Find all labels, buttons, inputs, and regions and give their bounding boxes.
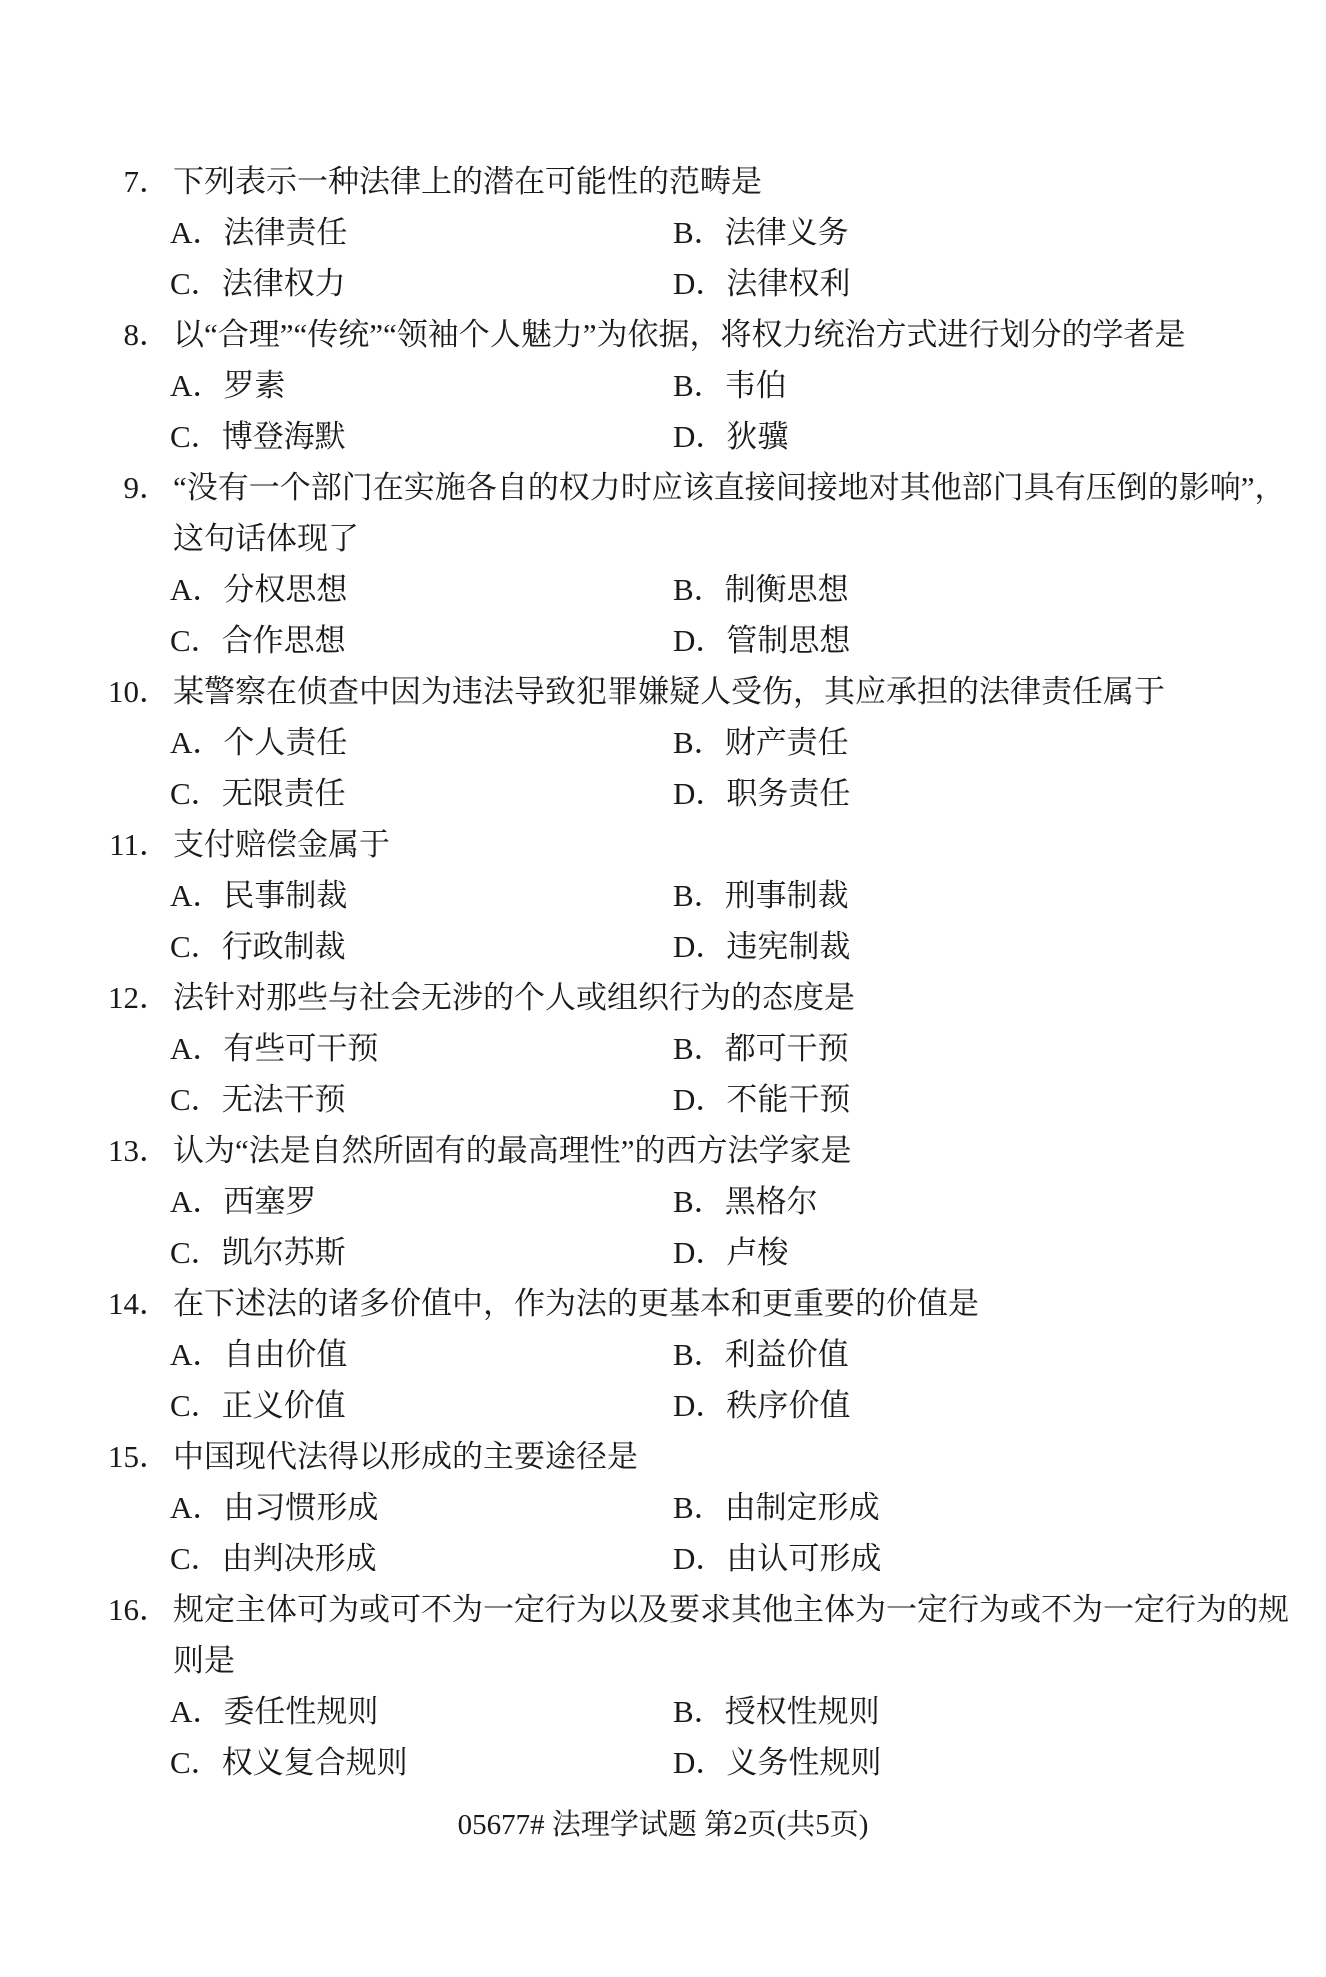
option-row: C．正义价值D．秩序价值: [0, 1380, 1326, 1431]
question: 16．规定主体可为或可不为一定行为以及要求其他主体为一定行为或不为一定行为的规则…: [0, 1584, 1326, 1788]
question-number: 13．: [0, 1125, 170, 1176]
question: 10．某警察在侦查中因为违法导致犯罪嫌疑人受伤，其应承担的法律责任属于 A．个人…: [0, 666, 1326, 819]
question-continuation-line: 则是: [0, 1635, 1326, 1686]
option-label: D．: [673, 1227, 726, 1278]
option-text: 博登海默: [222, 419, 346, 454]
option-label: C．: [170, 1227, 222, 1278]
option-label: A．: [170, 1329, 223, 1380]
option: C．无限责任: [170, 768, 673, 819]
question-number: 10．: [0, 666, 170, 717]
option-row: A．西塞罗B．黑格尔: [0, 1176, 1326, 1227]
option-text: 违宪制裁: [726, 929, 850, 964]
option-row: C．凯尔苏斯D．卢梭: [0, 1227, 1326, 1278]
question-text: 认为“法是自然所固有的最高理性”的西方法学家是: [170, 1133, 852, 1168]
question-text: 某警察在侦查中因为违法导致犯罪嫌疑人受伤，其应承担的法律责任属于: [170, 674, 1165, 709]
option-label: C．: [170, 1533, 222, 1584]
question-number: 8．: [0, 309, 170, 360]
option: D．职务责任: [673, 768, 850, 819]
option-label: D．: [673, 615, 726, 666]
option: B．韦伯: [673, 360, 787, 411]
option: C．法律权力: [170, 258, 673, 309]
option: B．利益价值: [673, 1329, 849, 1380]
option-label: B．: [673, 1176, 725, 1227]
option-text: 由认可形成: [726, 1541, 881, 1576]
option-label: B．: [673, 1329, 725, 1380]
option: D．管制思想: [673, 615, 850, 666]
option-label: C．: [170, 768, 222, 819]
option-label: A．: [170, 717, 223, 768]
option-label: D．: [673, 411, 726, 462]
option-row: A．民事制裁B．刑事制裁: [0, 870, 1326, 921]
option-text: 利益价值: [725, 1337, 849, 1372]
option-text: 由判决形成: [222, 1541, 377, 1576]
option-text: 授权性规则: [725, 1694, 880, 1729]
option-row: A．委任性规则B．授权性规则: [0, 1686, 1326, 1737]
option: A．由习惯形成: [170, 1482, 673, 1533]
option: B．刑事制裁: [673, 870, 849, 921]
question-text: 规定主体可为或可不为一定行为以及要求其他主体为一定行为或不为一定行为的规: [170, 1592, 1289, 1627]
question-title-line: 9．“没有一个部门在实施各自的权力时应该直接间接地对其他部门具有压倒的影响”，: [0, 462, 1326, 513]
question-continuation-line: 这句话体现了: [0, 513, 1326, 564]
option: B．都可干预: [673, 1023, 849, 1074]
option-row: C．由判决形成D．由认可形成: [0, 1533, 1326, 1584]
option: A．委任性规则: [170, 1686, 673, 1737]
option: B．授权性规则: [673, 1686, 880, 1737]
question-number: 9．: [0, 462, 170, 513]
option-row: C．合作思想D．管制思想: [0, 615, 1326, 666]
option: D．由认可形成: [673, 1533, 881, 1584]
option: C．凯尔苏斯: [170, 1227, 673, 1278]
option: D．义务性规则: [673, 1737, 881, 1788]
option: D．法律权利: [673, 258, 850, 309]
question-number: 11．: [0, 819, 170, 870]
option-label: B．: [673, 564, 725, 615]
question-title-line: 13．认为“法是自然所固有的最高理性”的西方法学家是: [0, 1125, 1326, 1176]
option-text: 秩序价值: [726, 1388, 850, 1423]
question-text: 则是: [170, 1635, 235, 1686]
exam-paper-page: 7．下列表示一种法律上的潜在可能性的范畴是 A．法律责任B．法律义务 C．法律权…: [0, 0, 1326, 1977]
questions: 7．下列表示一种法律上的潜在可能性的范畴是 A．法律责任B．法律义务 C．法律权…: [0, 156, 1326, 1788]
option-label: B．: [673, 717, 725, 768]
question-title-line: 7．下列表示一种法律上的潜在可能性的范畴是: [0, 156, 1326, 207]
option: A．自由价值: [170, 1329, 673, 1380]
option-text: 正义价值: [222, 1388, 346, 1423]
option-text: 都可干预: [725, 1031, 849, 1066]
question-title-line: 11．支付赔偿金属于: [0, 819, 1326, 870]
question: 15．中国现代法得以形成的主要途径是 A．由习惯形成B．由制定形成 C．由判决形…: [0, 1431, 1326, 1584]
option-row: C．无限责任D．职务责任: [0, 768, 1326, 819]
question-number: 12．: [0, 972, 170, 1023]
option: A．西塞罗: [170, 1176, 673, 1227]
option: B．法律义务: [673, 207, 849, 258]
option: B．制衡思想: [673, 564, 849, 615]
option-label: C．: [170, 1737, 222, 1788]
option-text: 法律责任: [223, 215, 347, 250]
option-text: 委任性规则: [223, 1694, 378, 1729]
option-row: C．博登海默D．狄骥: [0, 411, 1326, 462]
option-text: 职务责任: [726, 776, 850, 811]
option-label: B．: [673, 360, 725, 411]
option-label: A．: [170, 1023, 223, 1074]
question: 8．以“合理”“传统”“领袖个人魅力”为依据，将权力统治方式进行划分的学者是 A…: [0, 309, 1326, 462]
question-number: 16．: [0, 1584, 170, 1635]
question-text: 法针对那些与社会无涉的个人或组织行为的态度是: [170, 980, 855, 1015]
option-label: A．: [170, 360, 223, 411]
option-label: C．: [170, 921, 222, 972]
question: 11．支付赔偿金属于 A．民事制裁B．刑事制裁 C．行政制裁D．违宪制裁: [0, 819, 1326, 972]
question: 9．“没有一个部门在实施各自的权力时应该直接间接地对其他部门具有压倒的影响”，这…: [0, 462, 1326, 666]
option: C．合作思想: [170, 615, 673, 666]
option-label: B．: [673, 1482, 725, 1533]
option: B．由制定形成: [673, 1482, 880, 1533]
question-text: 中国现代法得以形成的主要途径是: [170, 1439, 638, 1474]
option-text: 刑事制裁: [725, 878, 849, 913]
question-number: 14．: [0, 1278, 170, 1329]
option: D．秩序价值: [673, 1380, 850, 1431]
option: B．财产责任: [673, 717, 849, 768]
option: C．由判决形成: [170, 1533, 673, 1584]
option-text: 行政制裁: [222, 929, 346, 964]
option-label: A．: [170, 207, 223, 258]
option-text: 分权思想: [223, 572, 347, 607]
option: B．黑格尔: [673, 1176, 818, 1227]
option-text: 由习惯形成: [223, 1490, 378, 1525]
option-row: A．分权思想B．制衡思想: [0, 564, 1326, 615]
option-text: 管制思想: [726, 623, 850, 658]
option-label: B．: [673, 1686, 725, 1737]
option-text: 民事制裁: [223, 878, 347, 913]
option-row: A．个人责任B．财产责任: [0, 717, 1326, 768]
option-label: B．: [673, 870, 725, 921]
option-label: C．: [170, 1074, 222, 1125]
option-text: 狄骥: [726, 419, 788, 454]
option: C．正义价值: [170, 1380, 673, 1431]
option-text: 义务性规则: [726, 1745, 881, 1780]
option-text: 无法干预: [222, 1082, 346, 1117]
option-label: B．: [673, 1023, 725, 1074]
option-text: 韦伯: [725, 368, 787, 403]
question-text: “没有一个部门在实施各自的权力时应该直接间接地对其他部门具有压倒的影响”，: [170, 470, 1286, 505]
question-title-line: 16．规定主体可为或可不为一定行为以及要求其他主体为一定行为或不为一定行为的规: [0, 1584, 1326, 1635]
option-row: A．自由价值B．利益价值: [0, 1329, 1326, 1380]
question-number: 15．: [0, 1431, 170, 1482]
page-footer: 05677# 法理学试题 第2页(共5页): [0, 1800, 1326, 1851]
option: C．行政制裁: [170, 921, 673, 972]
option-row: C．行政制裁D．违宪制裁: [0, 921, 1326, 972]
option-text: 财产责任: [725, 725, 849, 760]
question-title-line: 8．以“合理”“传统”“领袖个人魅力”为依据，将权力统治方式进行划分的学者是: [0, 309, 1326, 360]
option-label: D．: [673, 1380, 726, 1431]
option-label: A．: [170, 564, 223, 615]
question-title-line: 10．某警察在侦查中因为违法导致犯罪嫌疑人受伤，其应承担的法律责任属于: [0, 666, 1326, 717]
option-label: C．: [170, 615, 222, 666]
option-text: 不能干预: [726, 1082, 850, 1117]
option-label: D．: [673, 1533, 726, 1584]
option: A．法律责任: [170, 207, 673, 258]
option-text: 由制定形成: [725, 1490, 880, 1525]
option-text: 黑格尔: [725, 1184, 818, 1219]
option-row: A．法律责任B．法律义务: [0, 207, 1326, 258]
option-label: D．: [673, 768, 726, 819]
option: A．个人责任: [170, 717, 673, 768]
option-text: 有些可干预: [223, 1031, 378, 1066]
option-label: A．: [170, 870, 223, 921]
option-label: C．: [170, 1380, 222, 1431]
option: C．博登海默: [170, 411, 673, 462]
option: D．违宪制裁: [673, 921, 850, 972]
option-text: 权义复合规则: [222, 1745, 408, 1780]
option-text: 法律权利: [726, 266, 850, 301]
option-text: 法律义务: [725, 215, 849, 250]
option-text: 罗素: [223, 368, 285, 403]
question: 7．下列表示一种法律上的潜在可能性的范畴是 A．法律责任B．法律义务 C．法律权…: [0, 156, 1326, 309]
option-text: 凯尔苏斯: [222, 1235, 346, 1270]
option-label: D．: [673, 1074, 726, 1125]
option-text: 无限责任: [222, 776, 346, 811]
question-title-line: 12．法针对那些与社会无涉的个人或组织行为的态度是: [0, 972, 1326, 1023]
option-row: C．权义复合规则D．义务性规则: [0, 1737, 1326, 1788]
option: C．权义复合规则: [170, 1737, 673, 1788]
option-label: D．: [673, 1737, 726, 1788]
question: 12．法针对那些与社会无涉的个人或组织行为的态度是 A．有些可干预B．都可干预 …: [0, 972, 1326, 1125]
option-row: A．罗素B．韦伯: [0, 360, 1326, 411]
question-text: 在下述法的诸多价值中，作为法的更基本和更重要的价值是: [170, 1286, 979, 1321]
option-label: B．: [673, 207, 725, 258]
option-label: C．: [170, 411, 222, 462]
option-row: C．法律权力D．法律权利: [0, 258, 1326, 309]
option-text: 合作思想: [222, 623, 346, 658]
option-label: C．: [170, 258, 222, 309]
option-text: 西塞罗: [223, 1184, 316, 1219]
option: A．有些可干预: [170, 1023, 673, 1074]
option-row: A．有些可干预B．都可干预: [0, 1023, 1326, 1074]
option-text: 个人责任: [223, 725, 347, 760]
option-label: D．: [673, 921, 726, 972]
option-row: A．由习惯形成B．由制定形成: [0, 1482, 1326, 1533]
option: D．狄骥: [673, 411, 788, 462]
option-text: 制衡思想: [725, 572, 849, 607]
question-text: 下列表示一种法律上的潜在可能性的范畴是: [170, 164, 762, 199]
question-text: 支付赔偿金属于: [170, 827, 390, 862]
question-title-line: 15．中国现代法得以形成的主要途径是: [0, 1431, 1326, 1482]
question-title-line: 14．在下述法的诸多价值中，作为法的更基本和更重要的价值是: [0, 1278, 1326, 1329]
option: C．无法干预: [170, 1074, 673, 1125]
option: D．不能干预: [673, 1074, 850, 1125]
question: 14．在下述法的诸多价值中，作为法的更基本和更重要的价值是 A．自由价值B．利益…: [0, 1278, 1326, 1431]
option: D．卢梭: [673, 1227, 788, 1278]
option-text: 自由价值: [223, 1337, 347, 1372]
question: 13．认为“法是自然所固有的最高理性”的西方法学家是 A．西塞罗B．黑格尔 C．…: [0, 1125, 1326, 1278]
option-label: A．: [170, 1482, 223, 1533]
question-number: 7．: [0, 156, 170, 207]
option: A．分权思想: [170, 564, 673, 615]
option-label: A．: [170, 1686, 223, 1737]
option-label: A．: [170, 1176, 223, 1227]
option-text: 卢梭: [726, 1235, 788, 1270]
option-row: C．无法干预D．不能干预: [0, 1074, 1326, 1125]
option-label: D．: [673, 258, 726, 309]
question-text: 以“合理”“传统”“领袖个人魅力”为依据，将权力统治方式进行划分的学者是: [170, 317, 1186, 352]
option: A．民事制裁: [170, 870, 673, 921]
question-text: 这句话体现了: [170, 513, 359, 564]
option-text: 法律权力: [222, 266, 346, 301]
option: A．罗素: [170, 360, 673, 411]
